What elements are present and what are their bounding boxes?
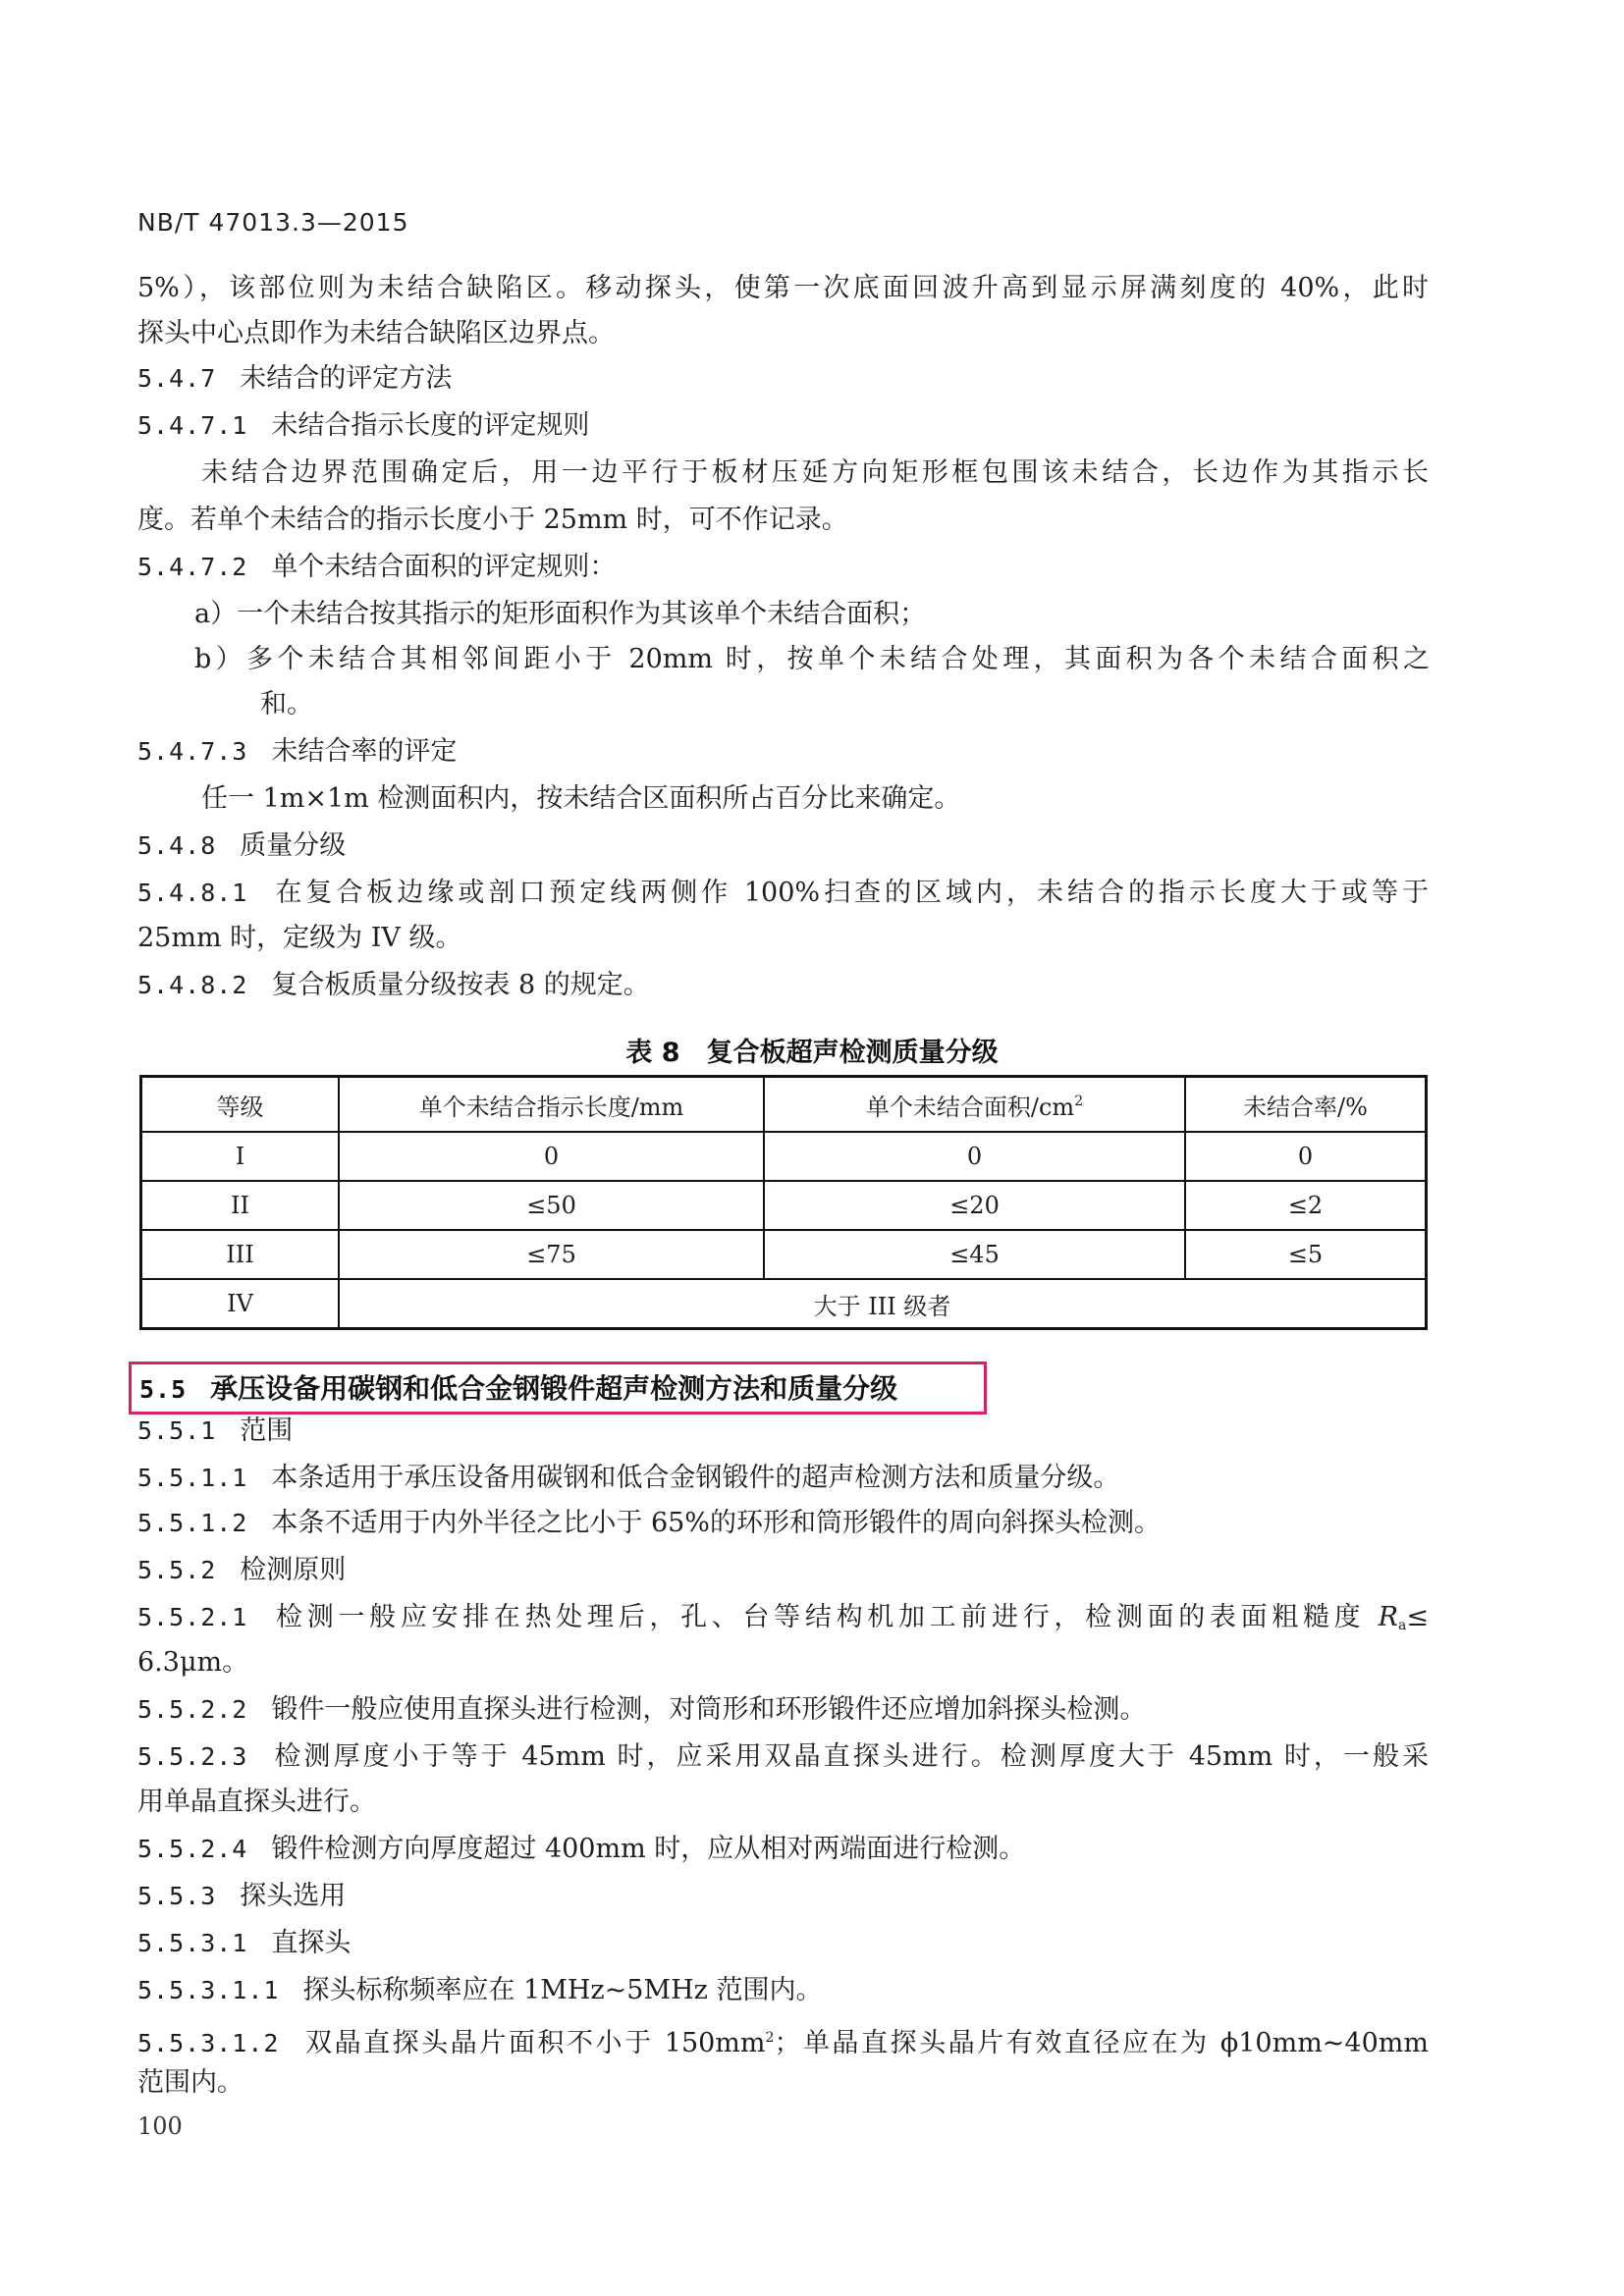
section-number: 5.5.2 <box>137 1556 216 1584</box>
section-text: 本条不适用于内外半径之比小于 65%的环形和筒形锻件的周向斜探头检测。 <box>271 1508 1161 1538</box>
section-number: 5.5.3.1 <box>137 1929 247 1957</box>
section-title: 探头选用 <box>240 1881 346 1911</box>
section-title: 直探头 <box>271 1928 351 1958</box>
section-heading-5-5-1: 5.5.1范围 <box>137 1412 293 1451</box>
table-cell: ≤50 <box>339 1181 764 1230</box>
section-5-5-1-2: 5.5.1.2本条不适用于内外半径之比小于 65%的环形和筒形锻件的周向斜探头检… <box>137 1504 1161 1543</box>
section-text-tail: ≤ <box>1406 1602 1429 1632</box>
section-5-5-2-4: 5.5.2.4锻件检测方向厚度超过 400mm 时，应从相对两端面进行检测。 <box>137 1830 1025 1869</box>
section-heading-5-5-2: 5.5.2检测原则 <box>137 1551 346 1590</box>
table-caption: 表 8 复合板超声检测质量分级 <box>0 1031 1624 1069</box>
document-page: NB/T 47013.3—2015 5%），该部位则为未结合缺陷区。移动探头，使… <box>0 0 1624 2296</box>
section-heading-5-4-7-3: 5.4.7.3未结合率的评定 <box>137 732 457 772</box>
section-number: 5.4.7.3 <box>137 737 247 766</box>
paragraph-line: 度。若单个未结合的指示长度小于 25mm 时，可不作记录。 <box>137 501 848 540</box>
section-title: 承压设备用碳钢和低合金钢锻件超声检测方法和质量分级 <box>210 1372 897 1405</box>
table-row: III ≤75 ≤45 ≤5 <box>141 1230 1427 1279</box>
section-5-5-2-3: 5.5.2.3检测厚度小于等于 45mm 时，应采用双晶直探头进行。检测厚度大于… <box>137 1737 1429 1777</box>
section-heading-5-4-8-2: 5.4.8.2复合板质量分级按表 8 的规定。 <box>137 966 650 1005</box>
paragraph-line: 25mm 时，定级为 IV 级。 <box>137 919 461 958</box>
section-text: 锻件检测方向厚度超过 400mm 时，应从相对两端面进行检测。 <box>271 1834 1025 1864</box>
roughness-symbol: R <box>1379 1602 1398 1632</box>
table-cell: ≤5 <box>1185 1230 1426 1279</box>
column-header: 单个未结合面积/cm2 <box>764 1077 1185 1133</box>
quality-grade-table: 等级 单个未结合指示长度/mm 单个未结合面积/cm2 未结合率/% I 0 0… <box>139 1075 1428 1330</box>
section-heading-5-4-8: 5.4.8质量分级 <box>137 827 346 866</box>
section-5-5-1-1: 5.5.1.1本条适用于承压设备用碳钢和低合金钢锻件的超声检测方法和质量分级。 <box>137 1459 1119 1498</box>
section-text: 双晶直探头晶片面积不小于 150mm <box>302 2028 765 2058</box>
section-5-5-2-2: 5.5.2.2锻件一般应使用直探头进行检测，对筒形和环形锻件还应增加斜探头检测。 <box>137 1690 1146 1730</box>
table-cell: ≤75 <box>339 1230 764 1279</box>
list-marker: b） <box>194 644 246 674</box>
section-number: 5.5.3 <box>137 1882 216 1910</box>
table-header-row: 等级 单个未结合指示长度/mm 单个未结合面积/cm2 未结合率/% <box>141 1077 1427 1133</box>
section-5-5-3-1-2: 5.5.3.1.2双晶直探头晶片面积不小于 150mm2；单晶直探头晶片有效直径… <box>137 2018 1429 2063</box>
table-cell: I <box>141 1132 340 1181</box>
superscript: 2 <box>1074 1094 1083 1109</box>
table-cell-merged: 大于 III 级者 <box>339 1279 1426 1329</box>
section-heading-5-5: 5.5承压设备用碳钢和低合金钢锻件超声检测方法和质量分级 <box>139 1367 897 1407</box>
paragraph-line: 任一 1m×1m 检测面积内，按未结合区面积所占百分比来确定。 <box>201 779 960 819</box>
table-cell: ≤20 <box>764 1181 1185 1230</box>
section-title: 检测原则 <box>240 1555 346 1585</box>
table-cell: ≤2 <box>1185 1181 1426 1230</box>
table-cell: 0 <box>339 1132 764 1181</box>
section-heading-5-5-3: 5.5.3探头选用 <box>137 1877 346 1916</box>
section-number: 5.5.2.1 <box>137 1603 247 1631</box>
section-number: 5.5.2.2 <box>137 1695 247 1724</box>
list-marker: a） <box>194 599 237 629</box>
paragraph-line: 未结合边界范围确定后，用一边平行于板材压延方向矩形框包围该未结合，长边作为其指示… <box>201 454 1429 493</box>
section-number: 5.5.2.4 <box>137 1835 247 1863</box>
page-number: 100 <box>137 2112 183 2140</box>
section-number: 5.5.1 <box>137 1416 216 1445</box>
column-header: 未结合率/% <box>1185 1077 1426 1133</box>
column-header: 等级 <box>141 1077 340 1133</box>
paragraph-line: 用单晶直探头进行。 <box>137 1783 376 1822</box>
section-heading-5-4-7: 5.4.7未结合的评定方法 <box>137 359 452 399</box>
table-row: I 0 0 0 <box>141 1132 1427 1181</box>
list-item-b: b）多个未结合其相邻间距小于 20mm 时，按单个未结合处理，其面积为各个未结合… <box>194 640 1430 679</box>
list-text: 多个未结合其相邻间距小于 20mm 时，按单个未结合处理，其面积为各个未结合面积… <box>246 644 1430 674</box>
table-cell: 0 <box>1185 1132 1426 1181</box>
column-header: 单个未结合指示长度/mm <box>339 1077 764 1133</box>
section-text: 检测一般应安排在热处理后，孔、台等结构机加工前进行，检测面的表面粗糙度 <box>271 1602 1378 1632</box>
standard-number-header: NB/T 47013.3—2015 <box>137 208 409 237</box>
section-text-tail: ；单晶直探头晶片有效直径应在为 ϕ10mm~40mm <box>774 2028 1429 2058</box>
paragraph-line: 6.3μm。 <box>137 1643 248 1682</box>
section-5-5-3-1-1: 5.5.3.1.1探头标称频率应在 1MHz~5MHz 范围内。 <box>137 1971 822 2010</box>
section-title: 范围 <box>240 1415 293 1446</box>
section-number: 5.4.7.2 <box>137 553 247 581</box>
list-item-a: a）一个未结合按其指示的矩形面积作为其该单个未结合面积； <box>194 595 926 634</box>
section-text: 探头标称频率应在 1MHz~5MHz 范围内。 <box>302 1975 822 2005</box>
section-title: 质量分级 <box>240 830 346 861</box>
table-row: IV 大于 III 级者 <box>141 1279 1427 1329</box>
section-number: 5.5.2.3 <box>137 1742 247 1771</box>
section-number: 5.5.3.1.2 <box>137 2029 279 2057</box>
table-cell: II <box>141 1181 340 1230</box>
section-number: 5.5.1.1 <box>137 1464 247 1492</box>
table-cell: IV <box>141 1279 340 1329</box>
section-heading-5-4-8-1: 5.4.8.1在复合板边缘或剖口预定线两侧作 100%扫查的区域内，未结合的指示… <box>137 874 1429 913</box>
section-number: 5.4.7 <box>137 364 216 393</box>
section-number: 5.5.1.2 <box>137 1509 247 1537</box>
section-text: 本条适用于承压设备用碳钢和低合金钢锻件的超声检测方法和质量分级。 <box>271 1463 1119 1493</box>
section-5-5-2-1: 5.5.2.1检测一般应安排在热处理后，孔、台等结构机加工前进行，检测面的表面粗… <box>137 1598 1429 1645</box>
paragraph-line: 探头中心点即作为未结合缺陷区边界点。 <box>137 314 615 353</box>
section-title: 单个未结合面积的评定规则： <box>271 552 616 582</box>
paragraph-line: 范围内。 <box>137 2063 244 2103</box>
section-number: 5.4.8 <box>137 831 216 860</box>
table-row: II ≤50 ≤20 ≤2 <box>141 1181 1427 1230</box>
section-number: 5.4.8.1 <box>137 879 247 907</box>
table-cell: III <box>141 1230 340 1279</box>
section-title: 未结合指示长度的评定规则 <box>271 410 589 441</box>
paragraph-line: 5%），该部位则为未结合缺陷区。移动探头，使第一次底面回波升高到显示屏满刻度的 … <box>137 269 1429 308</box>
section-number: 5.4.7.1 <box>137 411 247 440</box>
list-item-b-continued: 和。 <box>260 685 313 724</box>
section-number: 5.4.8.2 <box>137 971 247 999</box>
section-text: 在复合板边缘或剖口预定线两侧作 100%扫查的区域内，未结合的指示长度大于或等于 <box>271 878 1429 908</box>
table-cell: ≤45 <box>764 1230 1185 1279</box>
column-header-text: 单个未结合面积/cm <box>866 1094 1074 1121</box>
section-number: 5.5.3.1.1 <box>137 1976 279 2004</box>
table-cell: 0 <box>764 1132 1185 1181</box>
section-title: 未结合的评定方法 <box>240 363 452 394</box>
section-number: 5.5 <box>139 1375 187 1404</box>
section-heading-5-4-7-2: 5.4.7.2单个未结合面积的评定规则： <box>137 548 616 587</box>
section-text: 复合板质量分级按表 8 的规定。 <box>271 970 649 1000</box>
section-heading-5-5-3-1: 5.5.3.1直探头 <box>137 1924 351 1963</box>
section-heading-5-4-7-1: 5.4.7.1未结合指示长度的评定规则 <box>137 406 589 446</box>
section-text: 锻件一般应使用直探头进行检测，对筒形和环形锻件还应增加斜探头检测。 <box>271 1694 1146 1725</box>
section-title: 未结合率的评定 <box>271 736 457 767</box>
section-text: 检测厚度小于等于 45mm 时，应采用双晶直探头进行。检测厚度大于 45mm 时… <box>271 1741 1429 1772</box>
list-text: 一个未结合按其指示的矩形面积作为其该单个未结合面积； <box>237 599 926 629</box>
